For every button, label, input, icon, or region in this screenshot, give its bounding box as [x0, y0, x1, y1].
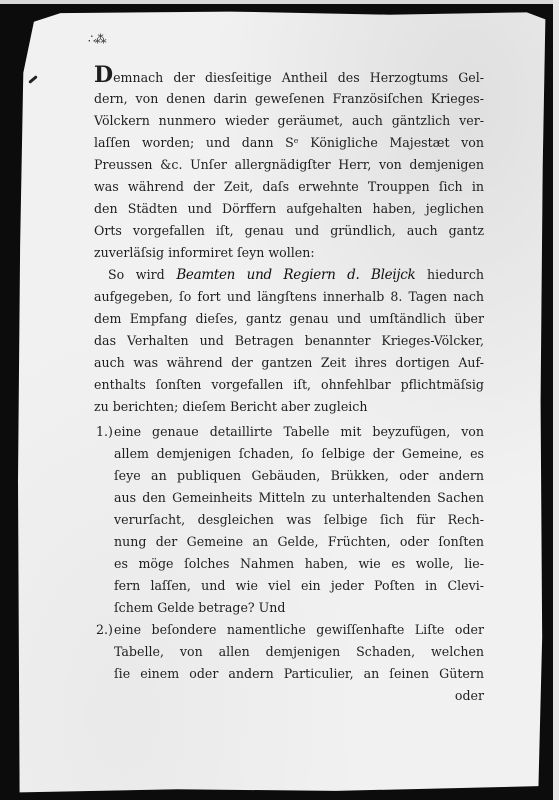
text-line: zuverläſsig informiret ſeyn wollen:: [94, 242, 484, 264]
scan-border-top: [0, 0, 559, 4]
text-line: fern laſſen, und wie viel ein jeder Poſt…: [114, 575, 484, 597]
text-line: den Städten und Dörffern aufgehalten hab…: [94, 198, 484, 220]
paragraph-1: Demnach der diesſeitige Antheil des Herz…: [94, 66, 484, 264]
text-line: eine genaue detaillirte Tabelle mit beyz…: [114, 421, 484, 443]
list-item-2: 2.) eine beſondere namentliche gewiſſenh…: [94, 619, 484, 685]
catchword: oder: [94, 685, 484, 707]
text-line: aus den Gemeinheits Mitteln zu unterhalt…: [114, 487, 484, 509]
document-body: Demnach der diesſeitige Antheil des Herz…: [94, 66, 484, 707]
text-line: Demnach der diesſeitige Antheil des Herz…: [94, 66, 484, 88]
drop-cap: D: [94, 62, 113, 88]
text-line: dem Empfang dieſes, gantz genau und umſt…: [94, 308, 484, 330]
text-line: zu berichten; dieſem Bericht aber zuglei…: [94, 396, 484, 418]
text-line: Tabelle, von allen demjenigen Schaden, w…: [114, 641, 484, 663]
text-line: aufgegeben, ſo fort und längſtens innerh…: [94, 286, 484, 308]
list-number: 1.): [96, 421, 113, 443]
handwritten-insert: Beamten und Regiern d. Bleijck: [176, 267, 415, 283]
text-line: Orts vorgefallen iſt, genau und gründlic…: [94, 220, 484, 242]
text-line: Völckern nunmero wieder geräumet, auch g…: [94, 110, 484, 132]
text-line: es möge ſolches Nahmen haben, wie es wol…: [114, 553, 484, 575]
text-line: laſſen worden; und dann Sᵉ Königliche Ma…: [94, 132, 484, 154]
text-line: enthalts ſonſten vorgefallen iſt, ohnfeh…: [94, 374, 484, 396]
text-line: ſie einem oder andern Particulier, an ſe…: [114, 663, 484, 685]
text-line: ſeye an publiquen Gebäuden, Brükken, ode…: [114, 465, 484, 487]
text-line: eine beſondere namentliche gewiſſenhafte…: [114, 619, 484, 641]
text-line: nung der Gemeine an Gelde, Früchten, ode…: [114, 531, 484, 553]
text-line: allem demjenigen ſchaden, ſo ſelbige der…: [114, 443, 484, 465]
text-line: das Verhalten und Betragen benannter Kri…: [94, 330, 484, 352]
text-line: Preussen &c. Unſer allergnädigſter Herr,…: [94, 154, 484, 176]
list-number: 2.): [96, 619, 113, 641]
list-item-1: 1.) eine genaue detaillirte Tabelle mit …: [94, 421, 484, 619]
text-line: verurſacht, desgleichen was ſelbige ſich…: [114, 509, 484, 531]
paragraph-2: So wird Beamten und Regiern d. Bleijck h…: [94, 264, 484, 418]
text-line: was während der Zeit, daſs erwehnte Trou…: [94, 176, 484, 198]
text-line: auch was während der gantzen Zeit ihres …: [94, 352, 484, 374]
scan-border-right: [553, 0, 559, 800]
text-line-with-handwriting: So wird Beamten und Regiern d. Bleijck h…: [94, 264, 484, 286]
printer-ornament-icon: ∴⁂: [88, 32, 106, 46]
text-line: dern, von denen darin geweſenen Französi…: [94, 88, 484, 110]
text-line: ſchem Gelde betrage? Und: [114, 597, 484, 619]
scan-frame: ∴⁂ Demnach der diesſeitige Antheil des H…: [0, 0, 559, 800]
